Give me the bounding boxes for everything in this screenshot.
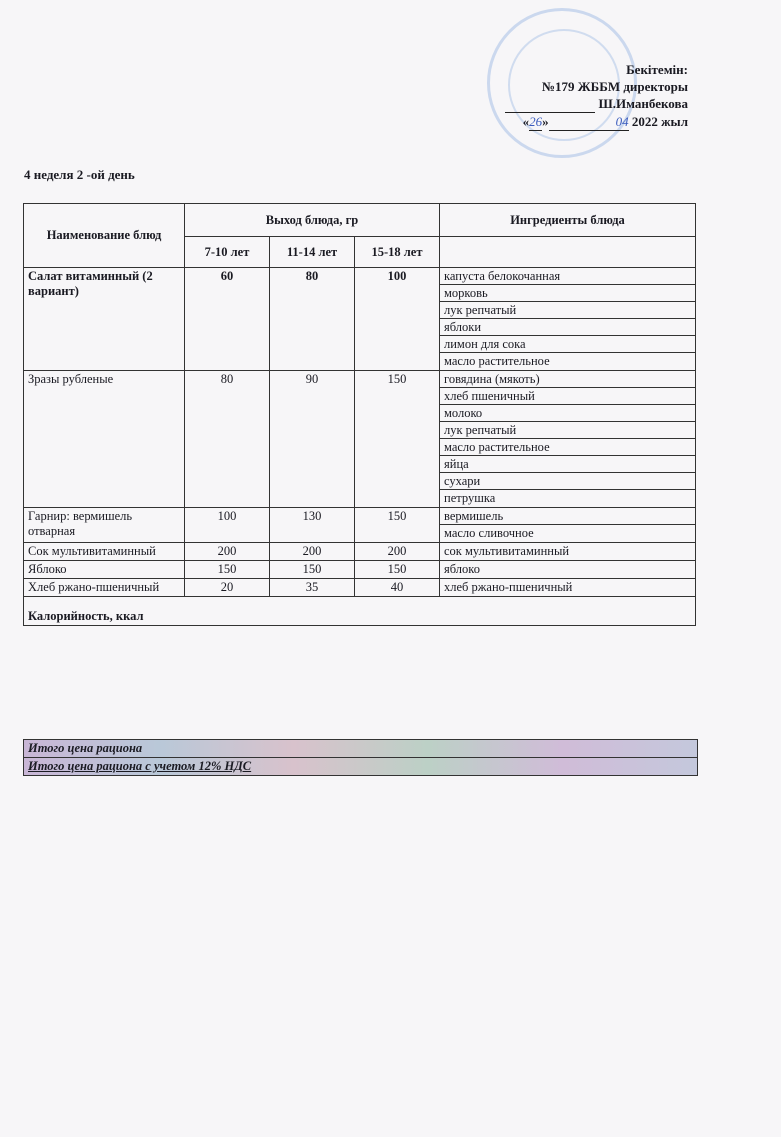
dish-ingredients: яблоко xyxy=(440,561,696,579)
header-age-7-10: 7-10 лет xyxy=(185,237,270,268)
dish-yield: 20 xyxy=(185,579,270,597)
header-ingredients: Ингредиенты блюда xyxy=(440,204,696,237)
dish-yield: 200 xyxy=(270,543,355,561)
ingredient-item: яблоки xyxy=(440,319,695,336)
ingredient-item: сок мультивитаминный xyxy=(440,543,695,560)
ingredient-item: масло растительное xyxy=(440,353,695,370)
table-row: Зразы рубленые8090150говядина (мякоть)хл… xyxy=(24,371,696,508)
page-title: 4 неделя 2 -ой день xyxy=(24,167,135,183)
dish-name: Сок мультивитаминный xyxy=(24,543,185,561)
ingredient-item: яйца xyxy=(440,456,695,473)
dish-ingredients: сок мультивитаминный xyxy=(440,543,696,561)
ingredient-item: вермишель xyxy=(440,508,695,525)
dish-ingredients: хлеб ржано-пшеничный xyxy=(440,579,696,597)
ingredient-item: говядина (мякоть) xyxy=(440,371,695,388)
approval-block: Бекітемін: №179 ЖББМ директоры Ш.Иманбек… xyxy=(505,61,688,131)
table-row: Сок мультивитаминный200200200сок мультив… xyxy=(24,543,696,561)
ingredient-item: масло растительное xyxy=(440,439,695,456)
dish-yield: 150 xyxy=(355,561,440,579)
total-price-vat: Итого цена рациона с учетом 12% НДС xyxy=(24,758,697,775)
ingredient-item: яблоко xyxy=(440,561,695,578)
ingredient-item: сухари xyxy=(440,473,695,490)
ingredient-item: хлеб ржано-пшеничный xyxy=(440,579,695,596)
table-row: Яблоко150150150яблоко xyxy=(24,561,696,579)
header-age-15-18: 15-18 лет xyxy=(355,237,440,268)
ingredient-item: масло сливочное xyxy=(440,525,695,542)
totals-block: Итого цена рациона Итого цена рациона с … xyxy=(23,739,698,776)
table-row: Гарнир: вермишель отварная100130150верми… xyxy=(24,508,696,543)
ingredient-item: лук репчатый xyxy=(440,422,695,439)
header-dish-name: Наименование блюд xyxy=(24,204,185,268)
dish-yield: 60 xyxy=(185,268,270,371)
dish-ingredients: говядина (мякоть)хлеб пшеничныймолоколук… xyxy=(440,371,696,508)
ingredient-item: хлеб пшеничный xyxy=(440,388,695,405)
ingredient-item: молоко xyxy=(440,405,695,422)
dish-yield: 150 xyxy=(270,561,355,579)
header-ingredients-blank xyxy=(440,237,696,268)
approval-signature-line: Ш.Иманбекова xyxy=(505,95,688,113)
dish-yield: 200 xyxy=(355,543,440,561)
calories-label: Калорийность, ккал xyxy=(24,597,696,626)
dish-yield: 90 xyxy=(270,371,355,508)
approval-signature: Ш.Иманбекова xyxy=(598,96,688,111)
dish-yield: 35 xyxy=(270,579,355,597)
dish-yield: 100 xyxy=(185,508,270,543)
dish-name: Яблоко xyxy=(24,561,185,579)
ingredient-item: капуста белокочанная xyxy=(440,268,695,285)
header-age-11-14: 11-14 лет xyxy=(270,237,355,268)
menu-table: Наименование блюд Выход блюда, гр Ингред… xyxy=(23,203,696,626)
date-year: 2022 жыл xyxy=(632,114,688,129)
dish-name: Салат витаминный (2 вариант) xyxy=(24,268,185,371)
total-price: Итого цена рациона xyxy=(24,740,697,758)
date-month: 04 xyxy=(549,113,629,131)
dish-yield: 80 xyxy=(270,268,355,371)
dish-ingredients: вермишельмасло сливочное xyxy=(440,508,696,543)
table-row: Хлеб ржано-пшеничный203540хлеб ржано-пше… xyxy=(24,579,696,597)
approval-date: «26»04 2022 жыл xyxy=(505,113,688,131)
dish-yield: 100 xyxy=(355,268,440,371)
dish-yield: 150 xyxy=(355,371,440,508)
ingredient-item: лимон для сока xyxy=(440,336,695,353)
approval-heading: Бекітемін: xyxy=(505,61,688,78)
dish-yield: 150 xyxy=(185,561,270,579)
date-day: 26 xyxy=(529,113,542,131)
ingredient-item: лук репчатый xyxy=(440,302,695,319)
ingredient-item: морковь xyxy=(440,285,695,302)
header-yield: Выход блюда, гр xyxy=(185,204,440,237)
ingredient-item: петрушка xyxy=(440,490,695,507)
dish-yield: 40 xyxy=(355,579,440,597)
dish-name: Зразы рубленые xyxy=(24,371,185,508)
dish-yield: 80 xyxy=(185,371,270,508)
dish-yield: 150 xyxy=(355,508,440,543)
dish-yield: 200 xyxy=(185,543,270,561)
dish-yield: 130 xyxy=(270,508,355,543)
dish-name: Гарнир: вермишель отварная xyxy=(24,508,185,543)
table-row: Салат витаминный (2 вариант)6080100капус… xyxy=(24,268,696,371)
approval-position: №179 ЖББМ директоры xyxy=(505,78,688,95)
dish-ingredients: капуста белокочаннаяморковьлук репчатыйя… xyxy=(440,268,696,371)
dish-name: Хлеб ржано-пшеничный xyxy=(24,579,185,597)
